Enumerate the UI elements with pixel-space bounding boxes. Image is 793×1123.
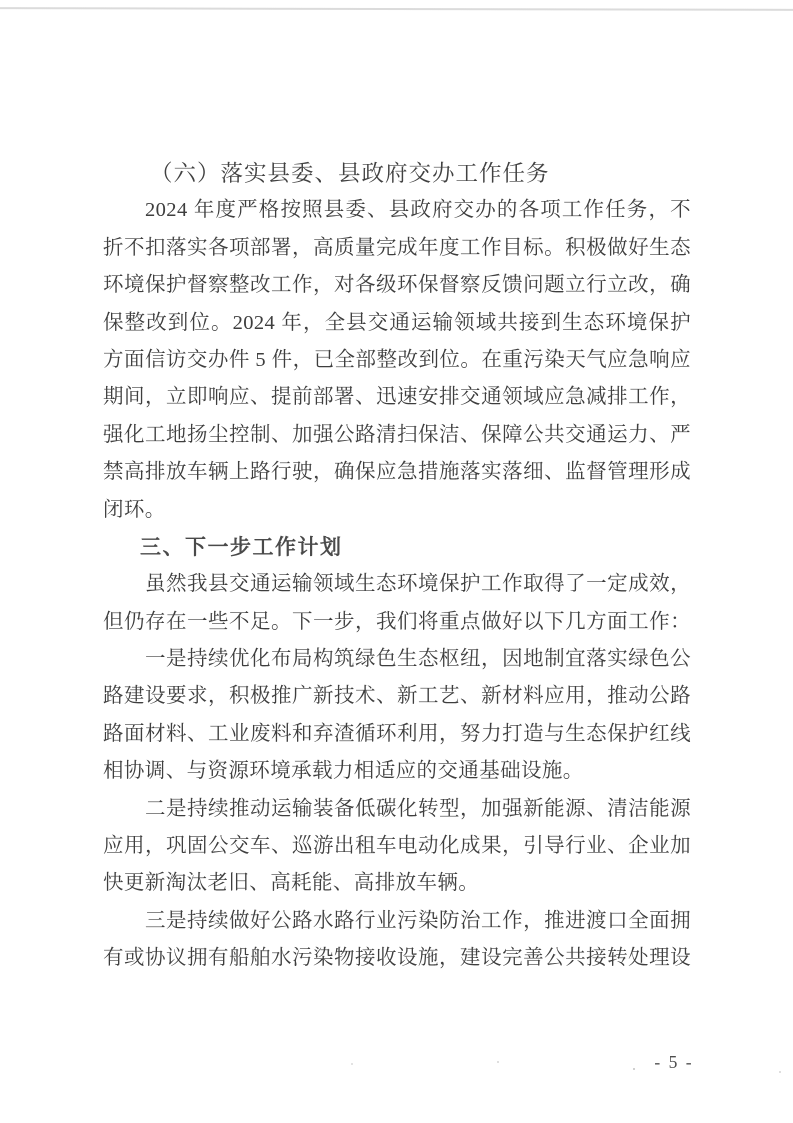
text-line: 快更新淘汰老旧、高耗能、高排放车辆。 [103, 865, 691, 902]
text-line: 三是持续做好公路水路行业污染防治工作，推进渡口全面拥 [103, 903, 691, 940]
heading-section-6: （六）落实县委、县政府交办工作任务 [103, 155, 691, 192]
text-line: 保整改到位。2024 年，全县交通运输领域共接到生态环境保护 [103, 305, 691, 342]
text-line: 虽然我县交通运输领域生态环境保护工作取得了一定成效， [103, 566, 691, 603]
scan-speck [497, 1061, 499, 1063]
text-line: 强化工地扬尘控制、加强公路清扫保洁、保障公共交通运力、严 [103, 417, 691, 454]
text-line: 期间，立即响应、提前部署、迅速安排交通领域应急减排工作， [103, 379, 691, 416]
text-line: 一是持续优化布局构筑绿色生态枢纽，因地制宜落实绿色公 [103, 641, 691, 678]
text-line: 折不扣落实各项部署，高质量完成年度工作目标。积极做好生态 [103, 230, 691, 267]
text-line: 二是持续推动运输装备低碳化转型，加强新能源、清洁能源 [103, 791, 691, 828]
text-line: 相协调、与资源环境承载力相适应的交通基础设施。 [103, 753, 691, 790]
text-line: 但仍存在一些不足。下一步，我们将重点做好以下几方面工作： [103, 604, 691, 641]
scan-speck [351, 1063, 353, 1065]
scan-artifact-line [0, 7, 793, 10]
scanned-document-page: （六）落实县委、县政府交办工作任务 2024 年度严格按照县委、县政府交办的各项… [0, 0, 793, 1123]
text-line: 环境保护督察整改工作，对各级环保督察反馈问题立行立改，确 [103, 267, 691, 304]
text-line: 闭环。 [103, 492, 691, 529]
document-text-block: （六）落实县委、县政府交办工作任务 2024 年度严格按照县委、县政府交办的各项… [103, 155, 691, 978]
text-line: 应用，巩固公交车、巡游出租车电动化成果，引导行业、企业加 [103, 828, 691, 865]
scan-speck [633, 1068, 635, 1070]
scan-speck [779, 1071, 781, 1073]
text-line: 路建设要求，积极推广新技术、新工艺、新材料应用，推动公路 [103, 678, 691, 715]
text-line: 有或协议拥有船舶水污染物接收设施，建设完善公共接转处理设 [103, 940, 691, 977]
page-number: - 5 - [644, 1051, 704, 1073]
heading-section-3: 三、下一步工作计划 [103, 529, 691, 566]
text-line: 方面信访交办件 5 件，已全部整改到位。在重污染天气应急响应 [103, 342, 691, 379]
text-line: 路面材料、工业废料和弃渣循环利用，努力打造与生态保护红线 [103, 716, 691, 753]
text-line: 2024 年度严格按照县委、县政府交办的各项工作任务，不 [103, 192, 691, 229]
text-line: 禁高排放车辆上路行驶，确保应急措施落实落细、监督管理形成 [103, 454, 691, 491]
